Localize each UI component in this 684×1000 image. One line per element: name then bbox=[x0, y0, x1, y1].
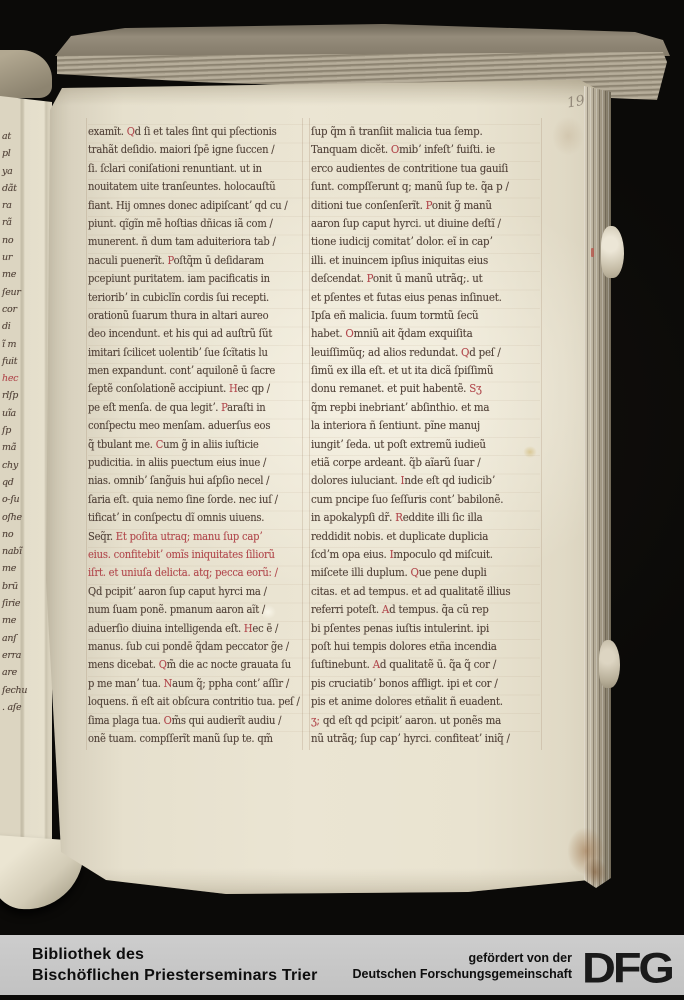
manuscript-line: et pſentes et futas eius penas inſinuet. bbox=[311, 288, 538, 306]
pencil-folio-number: 19 bbox=[566, 93, 586, 112]
facing-line-fragment: anſ bbox=[2, 630, 22, 647]
manuscript-line: ſup q̃m ñ tranſiit malicia tua ſemp. bbox=[311, 122, 538, 140]
manuscript-line: la interiora ñ ſentiunt. pĩne manuj bbox=[311, 416, 538, 434]
manuscript-line: nias. omnibʼ ſang̃uis hui aſpſio necel ∕ bbox=[88, 471, 303, 489]
facing-line-fragment: ſechu bbox=[2, 682, 22, 699]
manuscript-line: pe eſt menſa. de qua legitʼ. Paraſti in bbox=[88, 398, 303, 416]
manuscript-line: cum pncipe ſuo ſeſſuris contʼ babilonẽ. bbox=[311, 490, 538, 508]
facing-line-fragment: qd bbox=[2, 474, 22, 491]
manuscript-line: donu remanet. et puit habentẽ. Sʒ bbox=[311, 379, 538, 397]
manuscript-line: ſaria eſt. quia nemo ſine ſorde. nec iuſ… bbox=[88, 490, 303, 508]
facing-page-fragments: atplyadãtrarãnourmeſeurcordiĩ mfuithecrl… bbox=[2, 128, 22, 716]
manuscript-line: pudicitia. in aliis puectum eius inue ∕ bbox=[88, 453, 303, 471]
facing-line-fragment: brū bbox=[2, 578, 22, 595]
manuscript-line: poſt hui tempis dolores etña incendia bbox=[311, 637, 538, 655]
facing-line-fragment: pl bbox=[2, 145, 22, 162]
manuscript-line: naculi puenerĩt. Poſtq̃m ū deſidaram bbox=[88, 251, 303, 269]
manuscript-line: pis et anime dolores etñalit ñ euadent. bbox=[311, 692, 538, 710]
manuscript-line: men expandunt. contʼ aquilonẽ ū ſacre bbox=[88, 361, 303, 379]
facing-line-fragment: me bbox=[2, 560, 22, 577]
facing-line-fragment: rlſp bbox=[2, 387, 22, 404]
facing-line-fragment: ya bbox=[2, 163, 22, 180]
manuscript-photo: atplyadãtrarãnourmeſeurcordiĩ mfuithecrl… bbox=[0, 0, 684, 935]
manuscript-line: nũ utrãq; ſup capʼ hyrci. confiteatʼ ini… bbox=[311, 729, 538, 747]
manuscript-line: pis cruciatibʼ bonos affligt. ipi et cor… bbox=[311, 674, 538, 692]
manuscript-line: piunt. qĩgĩn mē hoſtias dñicas iã com ∕ bbox=[88, 214, 303, 232]
facing-line-fragment: mã bbox=[2, 439, 22, 456]
facing-line-fragment: no bbox=[2, 526, 22, 543]
manuscript-line: ſima plaga tua. Om̃s qui audierĩt audiu … bbox=[88, 711, 303, 729]
facing-line-fragment: oſhe bbox=[2, 509, 22, 526]
manuscript-line: terioribʼ in cubiclĩn cordis ſui recepti… bbox=[88, 288, 303, 306]
manuscript-line: etiã corpe ardeant. q̃b aĩarũ ſuar ∕ bbox=[311, 453, 538, 471]
manuscript-line: aaron ſup caput hyrci. ut diuine deſtĩ ∕ bbox=[311, 214, 538, 232]
manuscript-line: tificatʼ in conſpectu dĩ omnis uiuens. bbox=[88, 508, 303, 526]
manuscript-line: deſcendat. Ponit ū manũ utrãq;. ut bbox=[311, 269, 538, 287]
facing-line-fragment: . aſe bbox=[2, 699, 22, 716]
manuscript-line: Seq̃r. Et poſita utraq; manu ſup capʼ bbox=[88, 527, 303, 545]
manuscript-line: eius. confitebitʼ omĩs iniquitates ſilio… bbox=[88, 545, 303, 563]
facing-line-fragment: me bbox=[2, 266, 22, 283]
facing-line-fragment: o-ſu bbox=[2, 491, 22, 508]
facing-line-fragment: ur bbox=[2, 249, 22, 266]
manuscript-line: miſcete illi duplum. Que pene dupli bbox=[311, 563, 538, 581]
facing-line-fragment: fuit bbox=[2, 353, 22, 370]
facing-line-fragment: ſirie bbox=[2, 595, 22, 612]
stain-top-right bbox=[545, 108, 591, 164]
manuscript-line: ſi. ſclari coniſationi renuntiant. ut in bbox=[88, 159, 303, 177]
manuscript-line: q̃ tbulant me. Cum g̃ in aliis iuſticie bbox=[88, 435, 303, 453]
book-top-cover-edge bbox=[55, 24, 670, 56]
manuscript-line: deo incendunt. et his qui ad auſtrũ ſũt bbox=[88, 324, 303, 342]
funding-credit: gefördert von der Deutschen Forschungsge… bbox=[353, 950, 573, 982]
fore-edge-red-mark bbox=[591, 248, 594, 257]
manuscript-line: iſrt. et uniuſa delicta. atq; pecca eorũ… bbox=[88, 563, 303, 581]
manuscript-line: ſeptẽ conſolationẽ accipiunt. Hec qp ∕ bbox=[88, 379, 303, 397]
library-name-line1: Bibliothek des bbox=[32, 944, 318, 965]
manuscript-line: q̃m repbi inebriantʼ abſinthio. et ma bbox=[311, 398, 538, 416]
manuscript-line: Tanquam dicĕt. Omibʼ infeſtʼ fuiſti. ie bbox=[311, 140, 538, 158]
manuscript-line: iungitʼ ſeda. ut poſt extremũ iudieũ bbox=[311, 435, 538, 453]
manuscript-line: imitari ſcilicet uolentibʼ ſue ſcĩtatis … bbox=[88, 343, 303, 361]
manuscript-line: fiant. Hij omnes donec adipiſcantʼ qd cu… bbox=[88, 196, 303, 214]
manuscript-line: bi pſentes penas iuſtis intulerint. ipi bbox=[311, 619, 538, 637]
facing-line-fragment: erra bbox=[2, 647, 22, 664]
manuscript-line: examĩt. Qd ſi et tales ſint qui pſection… bbox=[88, 122, 303, 140]
facing-line-fragment: chy bbox=[2, 457, 22, 474]
facing-line-fragment: me bbox=[2, 612, 22, 629]
manuscript-line: citas. et ad tempus. et ad qualitatẽ ill… bbox=[311, 582, 538, 600]
facing-line-fragment: nabĩ bbox=[2, 543, 22, 560]
manuscript-line: illi. et inuincem ipſius iniquitas eius bbox=[311, 251, 538, 269]
funding-credit-line1: gefördert von der bbox=[353, 950, 573, 966]
manuscript-line: aduerſio diuina intelligenda eſt. Hec ē … bbox=[88, 619, 303, 637]
manuscript-line: leuiſſimũq; ad alios redundat. Qd peſ ∕ bbox=[311, 343, 538, 361]
page-marker-tab-lower bbox=[599, 640, 620, 688]
manuscript-line: in apokalypſi dr̃. Reddite illi ſic illa bbox=[311, 508, 538, 526]
manuscript-line: reddidit nobis. et duplicate duplicia bbox=[311, 527, 538, 545]
facing-line-fragment: cor bbox=[2, 301, 22, 318]
page-marker-tab-upper bbox=[601, 226, 624, 278]
facing-line-fragment: ra bbox=[2, 197, 22, 214]
facing-line-fragment: di bbox=[2, 318, 22, 335]
manuscript-line: tione iudicij comitatʼ dolor. eĩ in capʼ bbox=[311, 232, 538, 250]
manuscript-line: pcepiunt puritatem. iam pacificatis in bbox=[88, 269, 303, 287]
manuscript-line: loquens. ñ eſt ait obſcura contritio tua… bbox=[88, 692, 303, 710]
manuscript-line: munerent. ñ dum tam aduiteriora tab ∕ bbox=[88, 232, 303, 250]
ruling-vertical-1 bbox=[86, 118, 87, 750]
manuscript-line: ſcdʼm opa eius. Impoculo qd miſcuit. bbox=[311, 545, 538, 563]
facing-line-fragment: ſp bbox=[2, 422, 22, 439]
fore-edge-page-stack bbox=[584, 86, 611, 888]
facing-page-top-curl bbox=[0, 50, 52, 98]
manuscript-line: trahãt deſidio. maiori ſpē igne ſuccen ∕ bbox=[88, 140, 303, 158]
ruling-vertical-3 bbox=[309, 118, 310, 750]
facing-line-fragment: dãt bbox=[2, 180, 22, 197]
facing-line-fragment: are bbox=[2, 664, 22, 681]
text-column-left: examĩt. Qd ſi et tales ſint qui pſection… bbox=[88, 122, 303, 747]
manuscript-line: ditioni tue conſenſerĩt. Ponit g̃ manũ bbox=[311, 196, 538, 214]
manuscript-line: ſimũ ex illa eſt. et ut ita dicã ſpiſſim… bbox=[311, 361, 538, 379]
facing-line-fragment: at bbox=[2, 128, 22, 145]
manuscript-line: nouitatem uite tranſeuntes. holocauſtũ bbox=[88, 177, 303, 195]
manuscript-line: Ipſa eñ malicia. ſuum tormtũ ſecũ bbox=[311, 306, 538, 324]
funding-credit-line2: Deutschen Forschungsgemeinschaft bbox=[353, 966, 573, 982]
manuscript-line: manus. ſub cui pondē q̃dam peccator g̃e … bbox=[88, 637, 303, 655]
manuscript-line: referri poteſt. Ad tempus. q̃a cũ rep bbox=[311, 600, 538, 618]
manuscript-line: conſpectu meo menſam. aduerſus eos bbox=[88, 416, 303, 434]
manuscript-line: ſuſtinebunt. Ad qualitatẽ ū. q̃a q̃ cor … bbox=[311, 655, 538, 673]
facing-line-fragment: ĩ m bbox=[2, 336, 22, 353]
manuscript-line: dolores iuluciant. Inde eſt qd iudicibʼ bbox=[311, 471, 538, 489]
manuscript-line: erco audientes de contritione tua gauiſi bbox=[311, 159, 538, 177]
library-name-line2: Bischöflichen Priesterseminars Trier bbox=[32, 965, 318, 986]
manuscript-line: orationũ ſuarum thura in altari aureo bbox=[88, 306, 303, 324]
manuscript-line: p me manʼ tua. Naum q̃; ppha contʼ aſſir… bbox=[88, 674, 303, 692]
footer-banner: Bibliothek des Bischöflichen Priestersem… bbox=[0, 935, 684, 995]
dfg-logo: DFG bbox=[582, 943, 672, 993]
stain-bottom-right-dark bbox=[578, 852, 612, 892]
manuscript-line: habet. Omniũ ait q̃dam exquiſita bbox=[311, 324, 538, 342]
facing-line-fragment: no bbox=[2, 232, 22, 249]
manuscript-line: Qd pcipitʼ aaron ſup caput hyrci ma ∕ bbox=[88, 582, 303, 600]
facing-line-fragment: hec bbox=[2, 370, 22, 387]
facing-line-fragment: rã bbox=[2, 214, 22, 231]
facing-line-fragment: uĩa bbox=[2, 405, 22, 422]
manuscript-line: onẽ tuam. compſſerĩt manũ ſup te. qm̃ bbox=[88, 729, 303, 747]
text-column-right: ſup q̃m ñ tranſiit malicia tua ſemp.Tanq… bbox=[311, 122, 538, 747]
facing-line-fragment: ſeur bbox=[2, 284, 22, 301]
manuscript-line: num ſuam ponẽ. pmanum aaron aĩt ∕ bbox=[88, 600, 303, 618]
manuscript-line: ʒ; qd eſt qd pcipitʼ aaron. ut ponẽs ma bbox=[311, 711, 538, 729]
manuscript-line: mens dicebat. Qm̃ die ac nocte grauata ſ… bbox=[88, 655, 303, 673]
library-name: Bibliothek des Bischöflichen Priestersem… bbox=[32, 944, 318, 986]
manuscript-line: ſunt. compſſerunt q; manũ ſup te. q̃a p … bbox=[311, 177, 538, 195]
ruling-vertical-4 bbox=[541, 118, 542, 750]
